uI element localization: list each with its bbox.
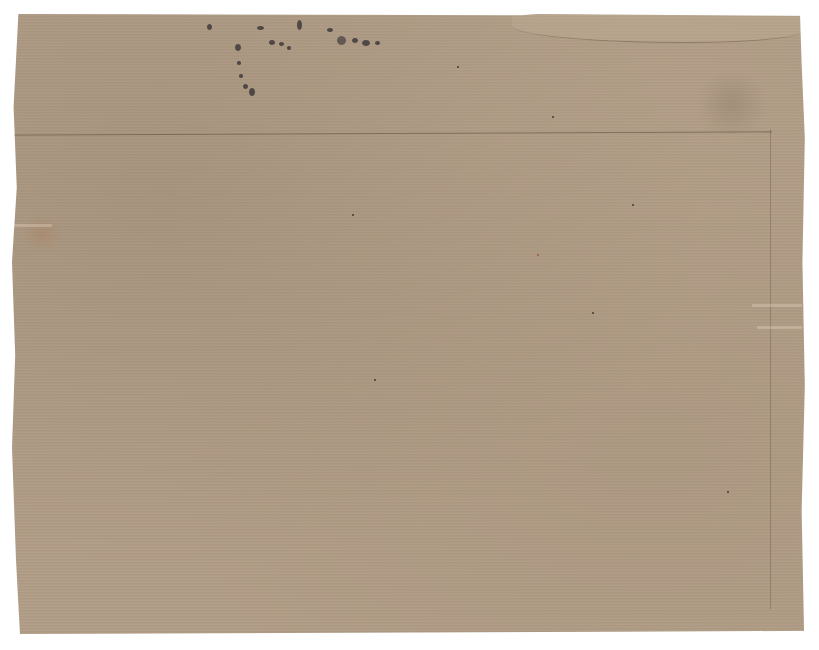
faded-ink-stamp [197,16,397,106]
crease [12,224,52,227]
torn-edge [512,14,802,43]
crease [752,304,802,307]
flap-edge [770,129,771,609]
speck [374,379,376,381]
flap-fold-line [12,131,772,135]
speck [537,254,539,256]
speck [457,66,459,68]
stain [692,74,772,134]
speck [592,312,594,314]
stain [22,214,62,254]
crease [757,326,802,329]
speck [352,214,354,216]
paper-wrapper [12,14,808,634]
speck [632,204,634,206]
speck [552,116,554,118]
speck [727,491,729,493]
